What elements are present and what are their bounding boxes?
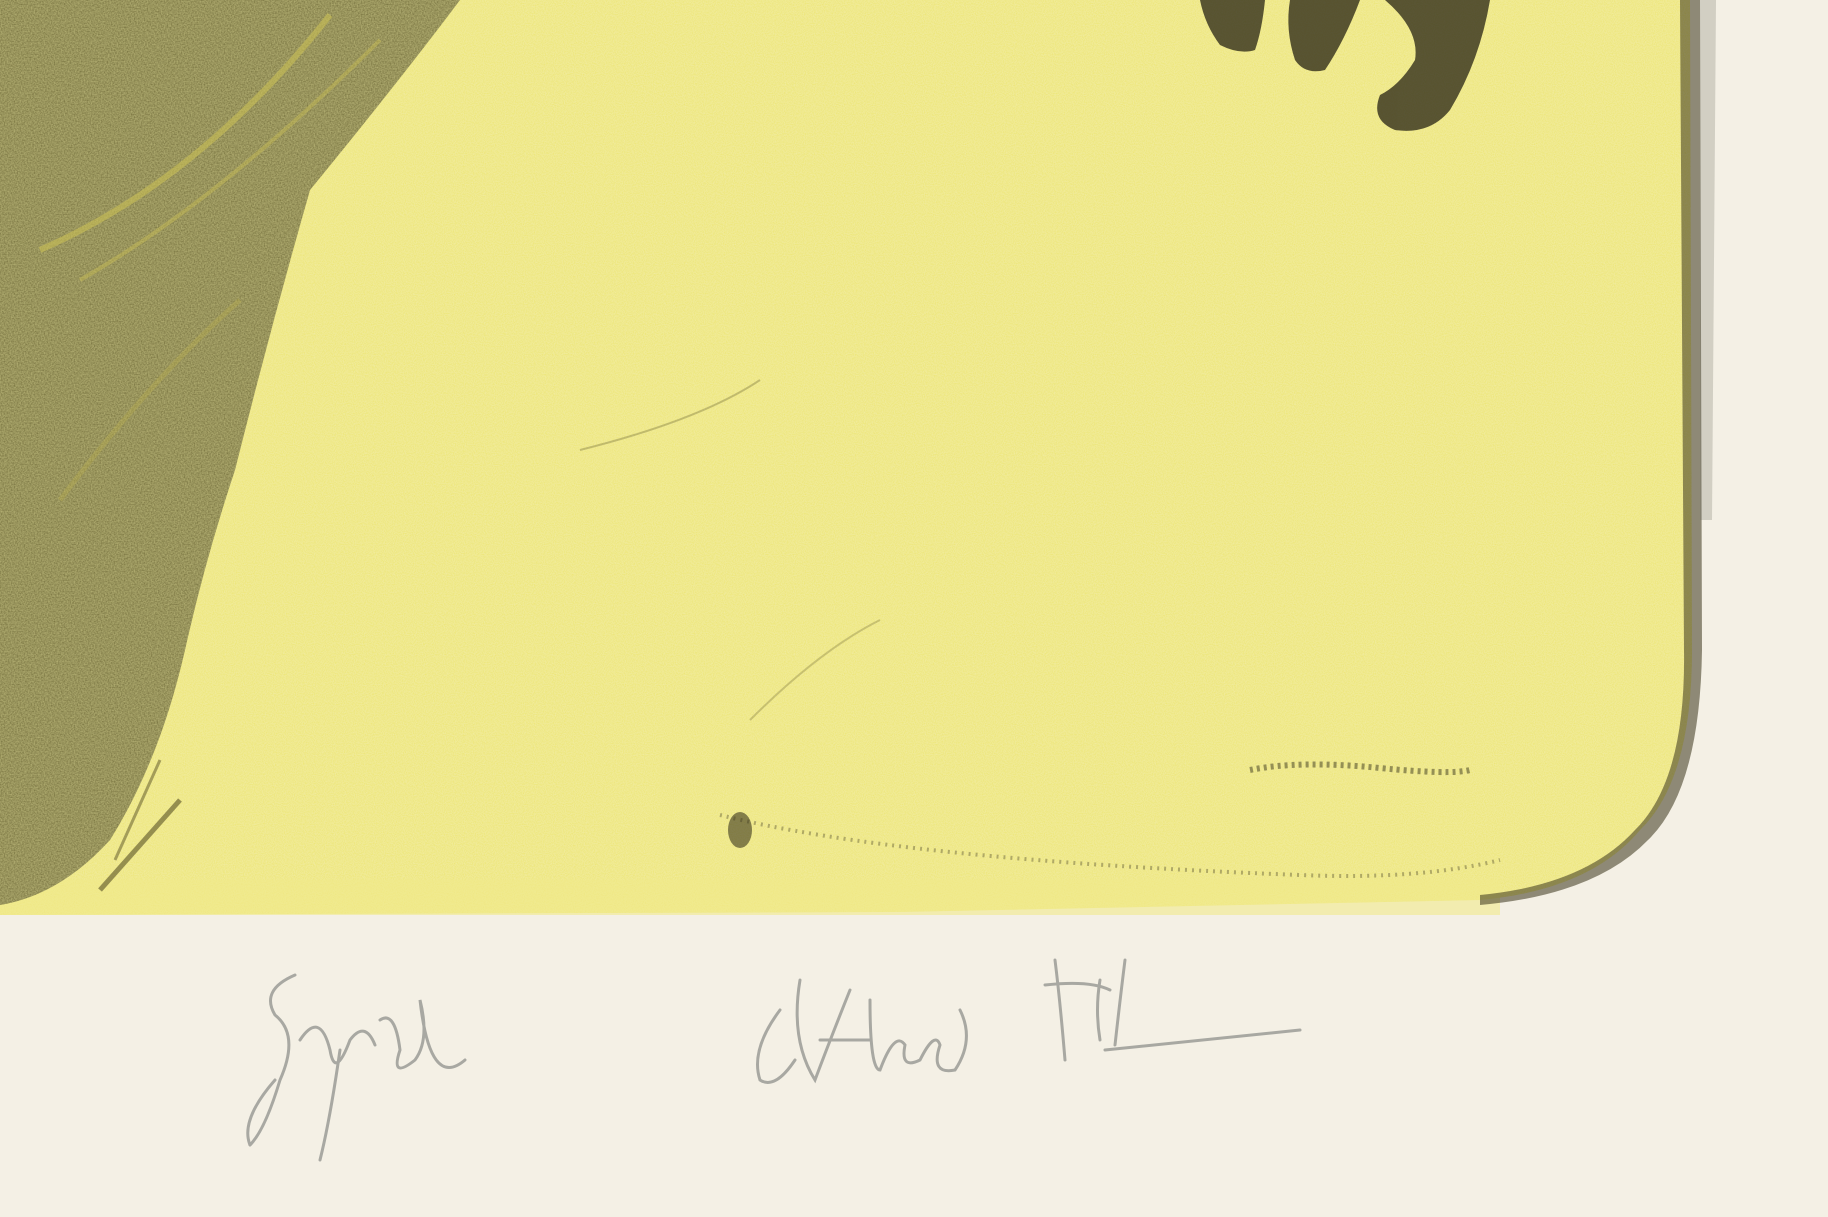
- artist-name: Sigrid Ahles: [0, 0, 1, 1]
- pencil-signature: [248, 960, 1300, 1160]
- print-image: [0, 0, 1828, 1217]
